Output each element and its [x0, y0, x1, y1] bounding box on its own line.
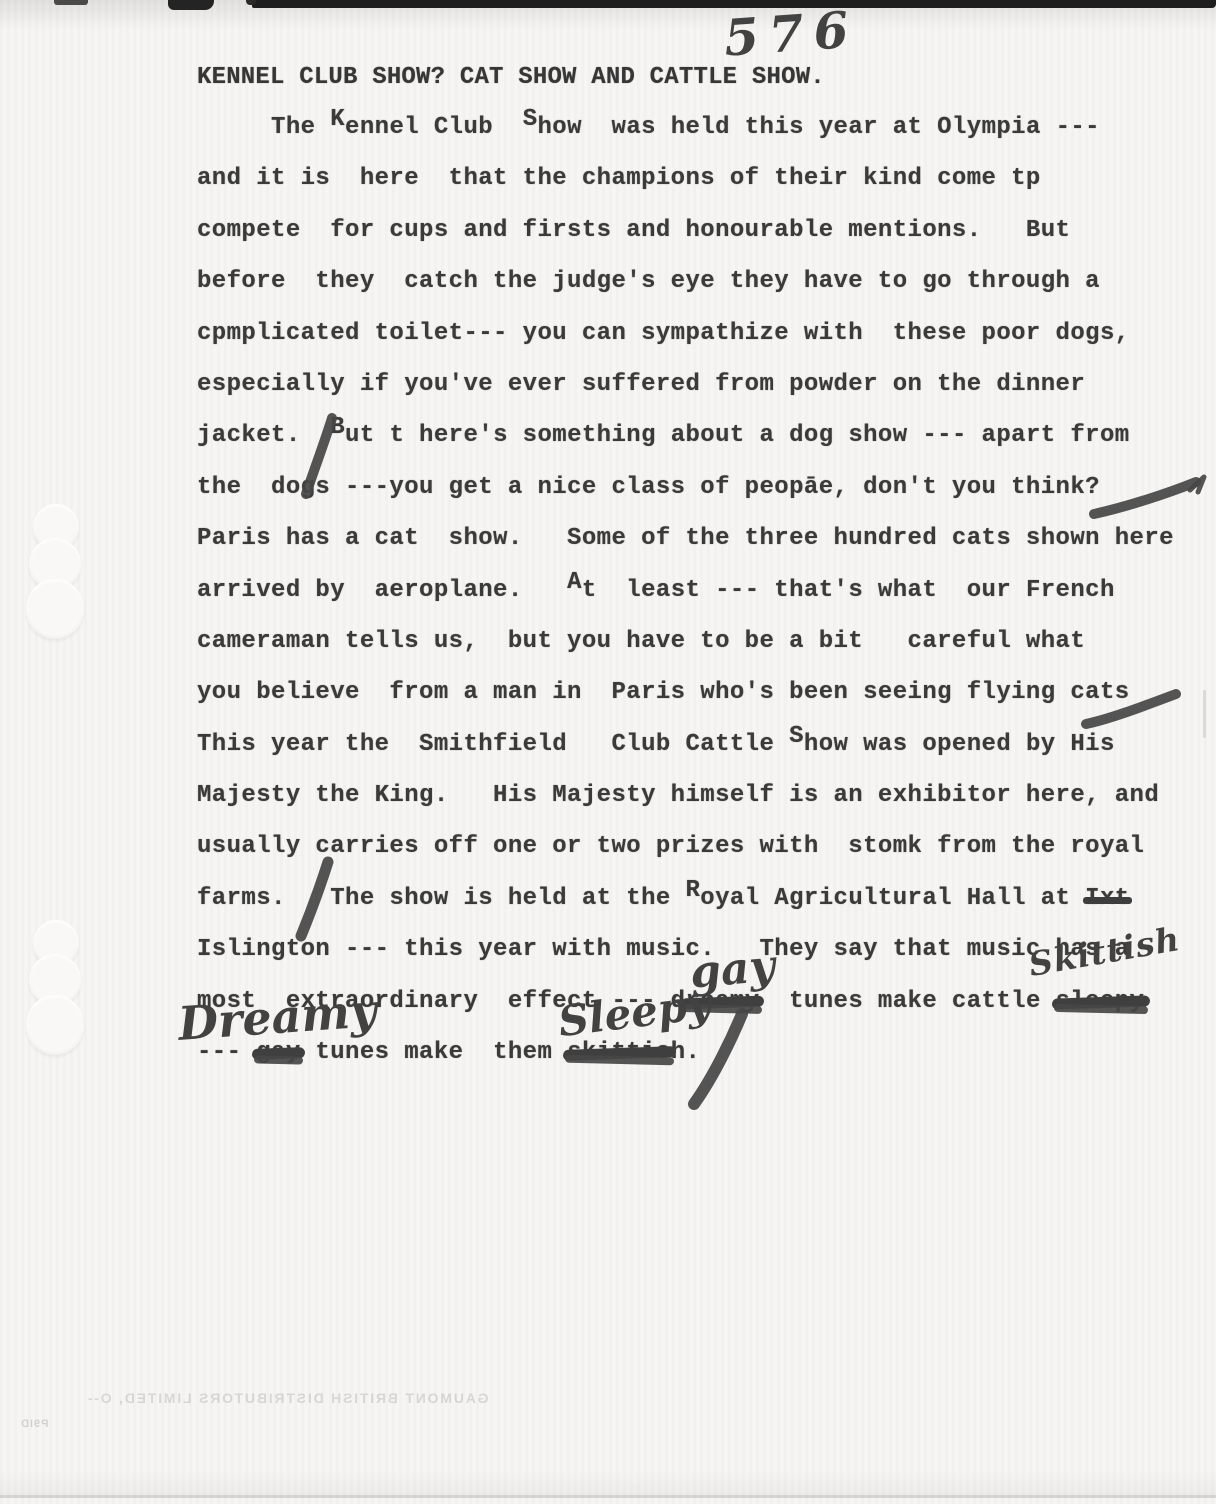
typed-line: farms. The show is held at the Royal Agr… [197, 873, 1174, 924]
typed-line: before they catch the judge's eye they h… [197, 256, 1174, 307]
typed-line: compete for cups and firsts and honourab… [197, 205, 1174, 256]
typed-line: especially if you've ever suffered from … [197, 359, 1174, 410]
scanned-typescript-page: 576 KENNEL CLUB SHOW? CAT SHOW AND CATTL… [0, 0, 1216, 1504]
scan-artifact-bottom-line [0, 1495, 1216, 1498]
typed-line: you believe from a man in Paris who's be… [197, 667, 1174, 718]
handwritten-tick-think [1090, 470, 1212, 520]
mirrored-stamp-text: GAUMONT BRITISH DISTRIBUTORS LIMITED, O-… [86, 1390, 489, 1406]
typed-line: Majesty the King. His Majesty himself is… [197, 770, 1174, 821]
scan-artifact-dash [54, 0, 88, 5]
scan-artifact-edge-mark [1203, 690, 1206, 738]
handwritten-paragraph-slash-farms [288, 856, 338, 942]
handwritten-paragraph-slash-jacket [296, 412, 342, 500]
handwritten-page-number: 576 [722, 0, 860, 68]
scan-artifact-top-bar [252, 0, 1216, 8]
punch-hole-top [26, 504, 86, 639]
typed-line: arrived by aeroplane. At least --- that'… [197, 565, 1174, 616]
scan-artifact-bottom-band [0, 1470, 1216, 1495]
typed-line: jacket. But t here's something about a d… [197, 410, 1174, 461]
punch-hole-bottom [26, 920, 86, 1055]
typed-line: the dogs ---you get a nice class of peop… [197, 462, 1174, 513]
typed-lines: The Kennel Club Show was held this year … [197, 102, 1174, 1078]
typed-line: cameraman tells us, but you have to be a… [197, 616, 1174, 667]
typed-line: and it is here that the champions of the… [197, 153, 1174, 204]
scan-artifact-blob [168, 0, 214, 10]
typed-line: The Kennel Club Show was held this year … [197, 102, 1174, 153]
document-title: KENNEL CLUB SHOW? CAT SHOW AND CATTLE SH… [197, 64, 825, 91]
typed-line: This year the Smithfield Club Cattle Sho… [197, 719, 1174, 770]
typed-line: cpmplicated toilet--- you can sympathize… [197, 308, 1174, 359]
handwritten-tick-cats [1082, 686, 1184, 730]
typed-line: Paris has a cat show. Some of the three … [197, 513, 1174, 564]
faint-corner-code: P9ID [20, 1418, 48, 1430]
typed-line: usually carries off one or two prizes wi… [197, 821, 1174, 872]
handwritten-final-slash [674, 1006, 758, 1112]
